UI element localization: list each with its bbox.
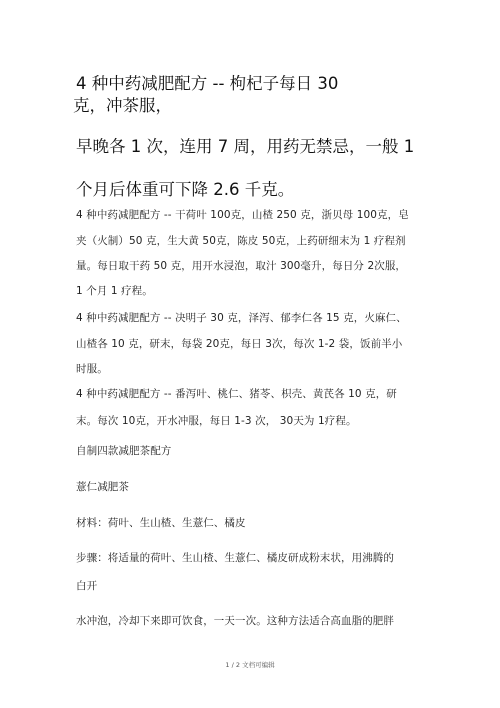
heading-line-2: 克，冲茶服， <box>73 92 172 116</box>
document-page: 4 种中药减肥配方 -- 枸杞子每日 30 克，冲茶服， 早晚各 1 次，连用 … <box>0 0 500 708</box>
steps-line-2: 白开 <box>76 578 97 593</box>
body-line-5: 4 种中药减肥配方 -- 决明子 30 克，泽泻、郁李仁各 15 克，火麻仁、 <box>76 310 407 325</box>
body-line-2: 夹（火制）50 克，生大黄 50克，陈皮 50克，上药研细末为 1 疗程剂 <box>76 233 406 248</box>
ingredients-line: 材料：荷叶、生山楂、生薏仁、橘皮 <box>76 515 246 530</box>
recipe-title: 薏仁减肥茶 <box>76 479 129 494</box>
steps-line-3: 水冲泡，冷却下来即可饮食，一天一次。这种方法适合高血脂的肥胖 <box>76 613 394 628</box>
body-line-1: 4 种中药减肥配方 -- 干荷叶 100克，山楂 250 克，浙贝母 100克，… <box>76 207 409 222</box>
section-title: 自制四款减肥茶配方 <box>76 443 171 458</box>
body-line-8: 4 种中药减肥配方 -- 番泻叶、桃仁、猪苓、枳壳、黄芪各 10 克，研 <box>76 386 397 401</box>
heading-line-3: 早晚各 1 次，连用 7 周，用药无禁忌，一般 1 <box>76 133 414 157</box>
body-line-6: 山楂各 10 克，研末，每袋 20克，每日 3次，每次 1-2 袋，饭前半小 <box>76 336 402 351</box>
heading-line-1: 4 种中药减肥配方 -- 枸杞子每日 30 <box>76 70 338 94</box>
body-line-7: 时服。 <box>76 361 108 376</box>
body-line-9: 末。每次 10克，开水冲服，每日 1-3 次， 30天为 1疗程。 <box>76 413 357 428</box>
heading-line-4: 个月后体重可下降 2.6 千克。 <box>76 176 294 200</box>
body-line-4: 1 个月 1 疗程。 <box>76 283 153 298</box>
page-footer: 1 / 2 文档可编辑 <box>0 660 500 669</box>
steps-line-1: 步骤：将适量的荷叶、生山楂、生薏仁、橘皮研成粉末状，用沸腾的 <box>76 550 394 565</box>
body-line-3: 量。每日取干药 50 克，用开水浸泡，取汁 300毫升，每日分 2次服， <box>76 258 406 273</box>
